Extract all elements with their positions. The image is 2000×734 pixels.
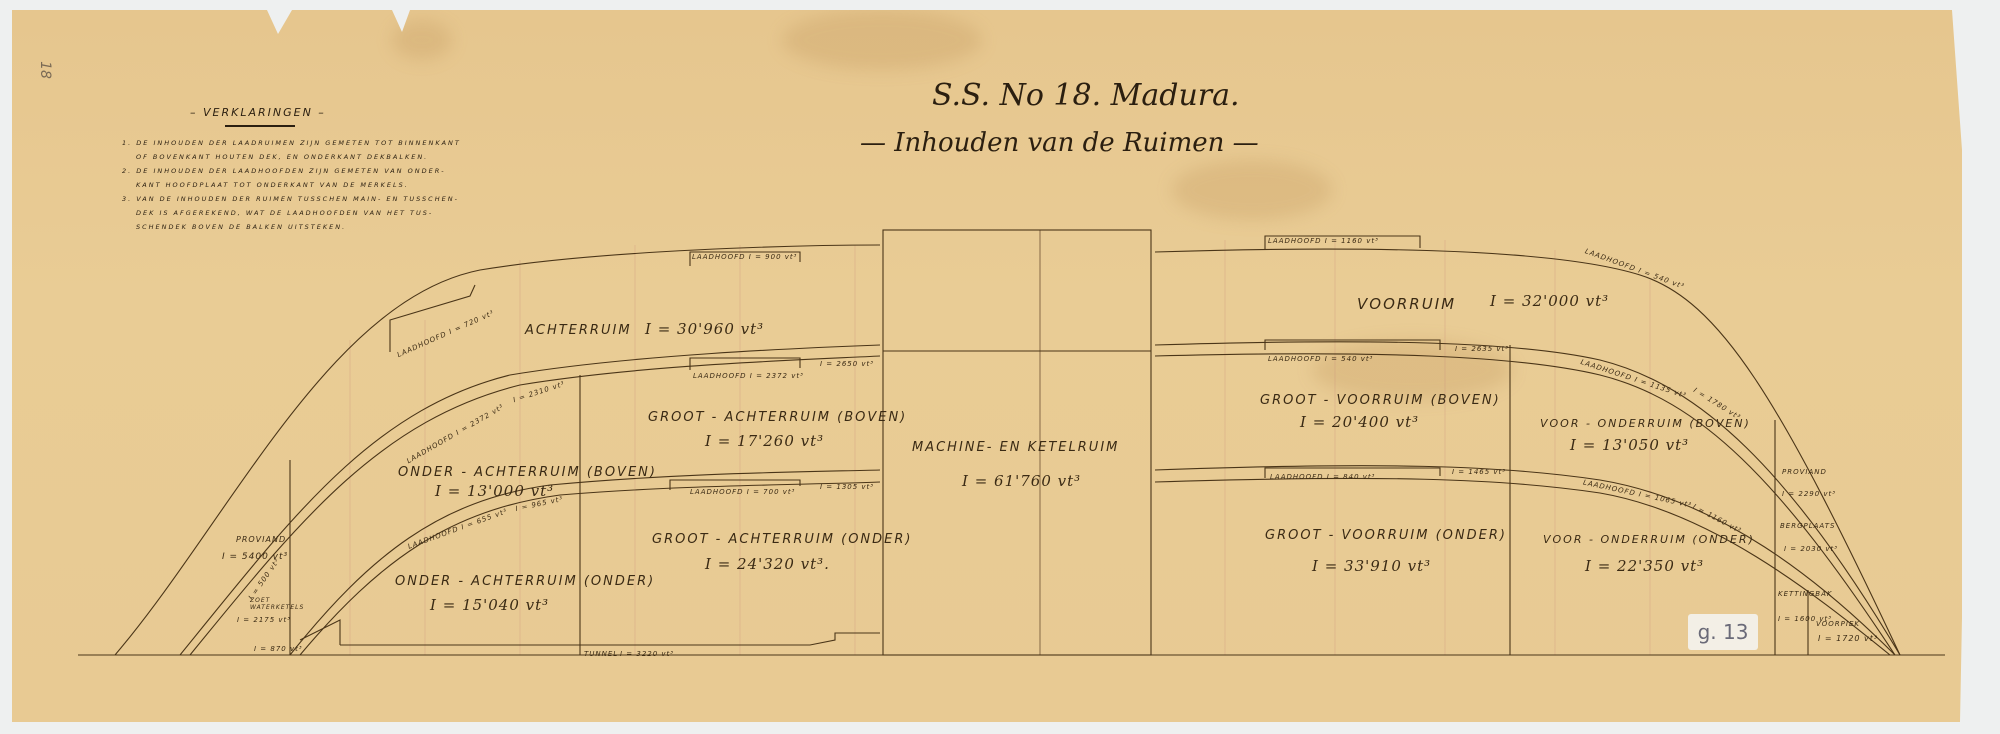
groot-achterruim-onder-volume: I = 24'320 vt³.	[705, 555, 830, 573]
achterruim-volume: I = 30'960 vt³	[645, 320, 764, 338]
hatch-label: I = 2635 vt³	[1455, 345, 1509, 353]
onder-achterruim-boven-volume: I = 13'000 vt³	[435, 482, 554, 500]
machine-ketelruim-label: MACHINE- EN KETELRUIM	[912, 440, 1119, 455]
hatch-label: LAADHOOFD I = 1160 vt³	[1268, 237, 1379, 245]
groot-voorruim-onder-volume: I = 33'910 vt³	[1312, 557, 1431, 575]
drawing-subtitle: — Inhouden van de Ruimen —	[860, 128, 1259, 158]
voor-onderruim-boven-label: VOOR - ONDERRUIM (BOVEN)	[1540, 417, 1751, 430]
onder-achterruim-boven-label: ONDER - ACHTERRUIM (BOVEN)	[398, 465, 657, 480]
zoet-water-label: ZOET WATERKETELS	[250, 597, 290, 611]
margin-note: 18	[37, 61, 53, 79]
proviand-fwd-volume: I = 2290 vt³	[1782, 490, 1836, 498]
groot-achterruim-boven-label: GROOT - ACHTERRUIM (BOVEN)	[648, 410, 907, 425]
groot-voorruim-boven-label: GROOT - VOORRUIM (BOVEN)	[1260, 393, 1501, 408]
legend-line: 1. DE INHOUDEN DER LAADRUIMEN ZIJN GEMET…	[122, 136, 461, 150]
groot-achterruim-boven-volume: I = 17'260 vt³	[705, 432, 824, 450]
voorpiek-volume: I = 1720 vt³	[1818, 634, 1878, 643]
groot-achterruim-onder-label: GROOT - ACHTERRUIM (ONDER)	[652, 532, 913, 547]
hatch-label: LAADHOOFD I = 2372 vt³	[693, 372, 804, 380]
legend-line: KANT HOOFDPLAAT TOT ONDERKANT VAN DE MER…	[122, 178, 461, 192]
legend-underline	[225, 125, 295, 127]
kettingbak-label: KETTINGBAK	[1778, 590, 1832, 598]
proviand-aft-label: PROVIAND	[236, 535, 286, 544]
bergplaats-volume: I = 2030 vt³	[1784, 545, 1838, 553]
hatch-label: LAADHOOFD I = 840 vt³	[1270, 473, 1375, 481]
achterruim-label: ACHTERRUIM	[525, 323, 632, 338]
hatch-label: I = 1465 vt³	[1452, 468, 1506, 476]
machine-ketelruim-volume: I = 61'760 vt³	[962, 472, 1081, 490]
onder-achterruim-onder-label: ONDER - ACHTERRUIM (ONDER)	[395, 574, 655, 589]
tunnel-volume: I = 3220 vt³	[620, 650, 674, 658]
bergplaats-label: BERGPLAATS	[1780, 522, 1835, 530]
legend-line: DEK IS AFGEREKEND, WAT DE LAADHOOFDEN VA…	[122, 206, 461, 220]
voor-onderruim-onder-volume: I = 22'350 vt³	[1585, 557, 1704, 575]
onder-achterruim-onder-volume: I = 15'040 vt³	[430, 596, 549, 614]
voorruim-label: VOORRUIM	[1357, 295, 1456, 313]
legend-line: 2. DE INHOUDEN DER LAADHOOFDEN ZIJN GEME…	[122, 164, 461, 178]
hatch-label: I = 2650 vt³	[820, 360, 874, 368]
drawing-title: S.S. No 18. Madura.	[932, 78, 1240, 113]
hatch-label: I = 1305 vt³	[820, 483, 874, 491]
voorpiek-label: VOORPIEK	[1816, 620, 1860, 628]
voorruim-volume: I = 32'000 vt³	[1490, 292, 1609, 310]
legend-line: SCHENDEK BOVEN DE BALKEN UITSTEKEN.	[122, 220, 461, 234]
groot-voorruim-onder-label: GROOT - VOORRUIM (ONDER)	[1265, 528, 1507, 543]
legend-line: 3. VAN DE INHOUDEN DER RUIMEN TUSSCHEN M…	[122, 192, 461, 206]
groot-voorruim-boven-volume: I = 20'400 vt³	[1300, 413, 1419, 431]
proviand-fwd-label: PROVIAND	[1782, 468, 1827, 476]
legend-notes: 1. DE INHOUDEN DER LAADRUIMEN ZIJN GEMET…	[122, 136, 461, 234]
hatch-label: LAADHOOFD I = 700 vt³	[690, 488, 795, 496]
hatch-label: LAADHOOFD I = 540 vt³	[1268, 355, 1373, 363]
voor-onderruim-boven-volume: I = 13'050 vt³	[1570, 436, 1689, 454]
legend-heading: – VERKLARINGEN –	[190, 106, 326, 119]
catalog-tag: g. 13	[1688, 614, 1758, 650]
hatch-label: LAADHOOFD I = 900 vt³	[692, 253, 797, 261]
legend-line: OF BOVENKANT HOUTEN DEK, EN ONDERKANT DE…	[122, 150, 461, 164]
aft-small-volume: I = 870 vt³	[254, 645, 303, 653]
voor-onderruim-onder-label: VOOR - ONDERRUIM (ONDER)	[1543, 533, 1755, 546]
tunnel-label: TUNNEL	[584, 650, 618, 658]
zoet-water-volume: I = 2175 vt³	[237, 616, 291, 624]
